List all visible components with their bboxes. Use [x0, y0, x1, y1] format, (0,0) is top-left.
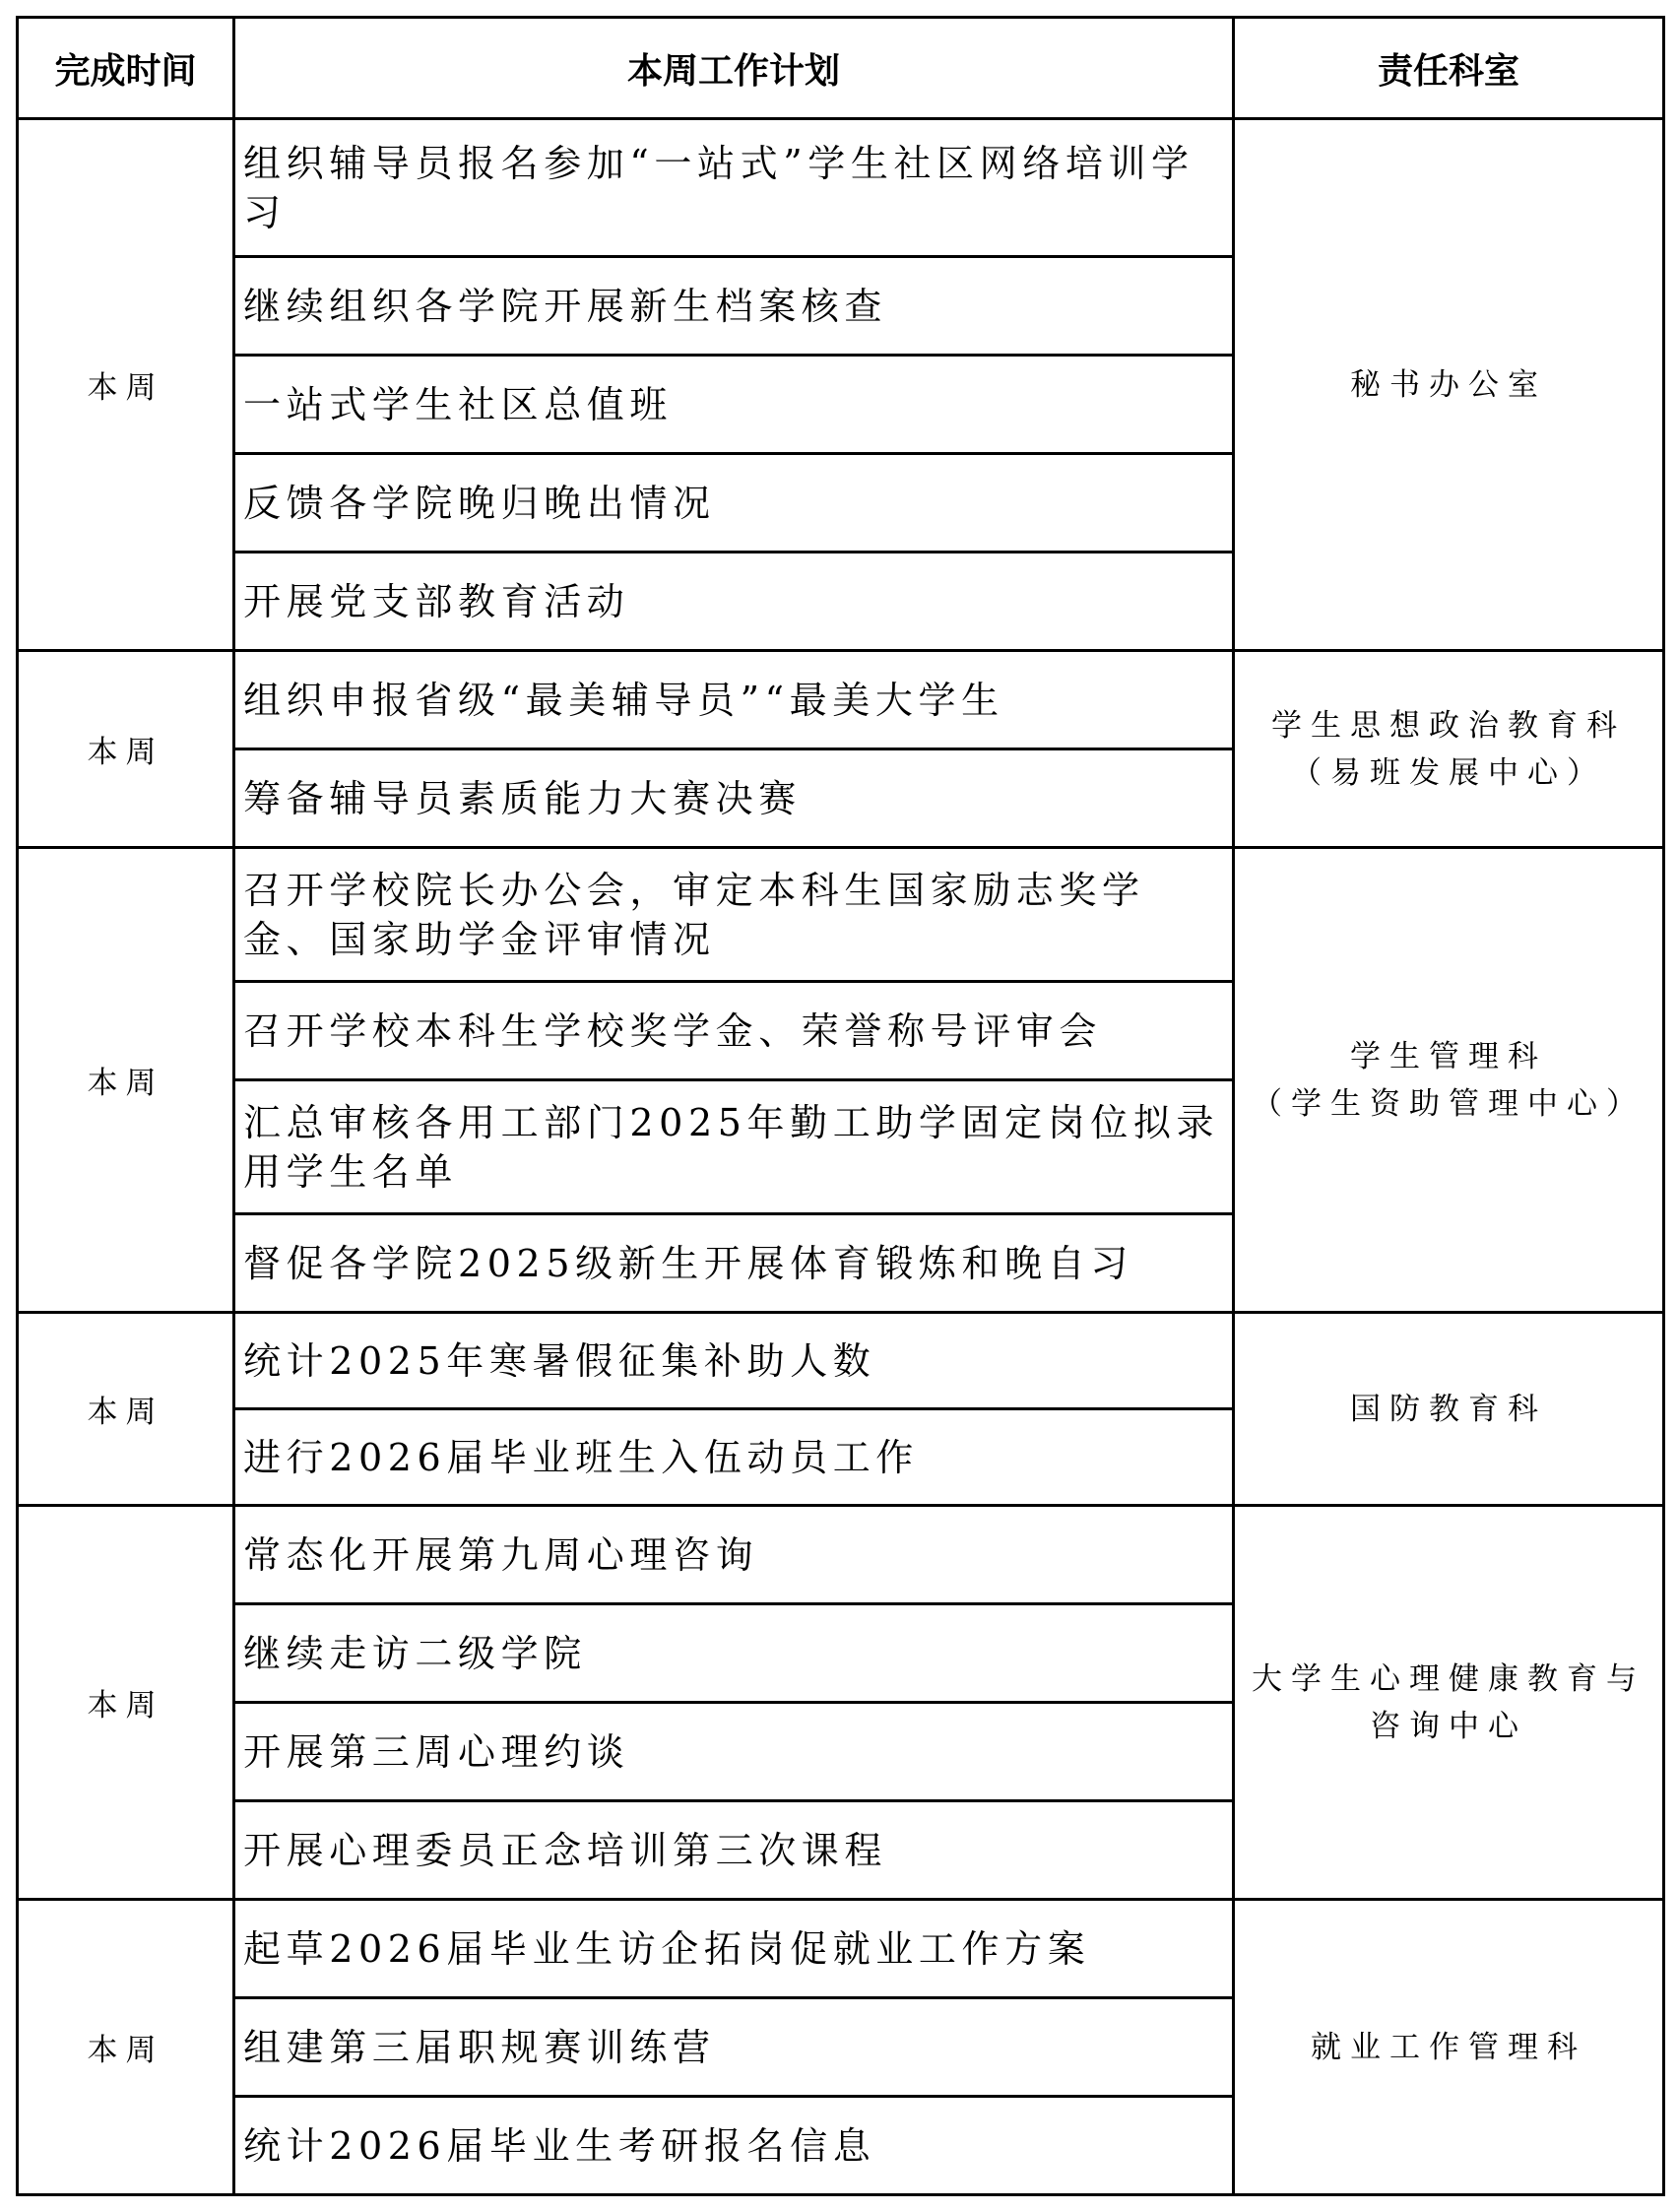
task-cell: 统计2025年寒暑假征集补助人数 [234, 1313, 1234, 1409]
responsible-dept-cell: 国防教育科 [1234, 1313, 1664, 1506]
dept-name: 大学生心理健康教育与咨询中心 [1249, 1656, 1648, 1750]
task-cell: 反馈各学院晚归晚出情况 [234, 454, 1234, 553]
responsible-dept-cell: 秘书办公室 [1234, 119, 1664, 651]
table-row: 本周 常态化开展第九周心理咨询 大学生心理健康教育与咨询中心 [18, 1506, 1664, 1604]
completion-time-cell: 本周 [18, 1900, 234, 2195]
task-cell: 继续走访二级学院 [234, 1604, 1234, 1703]
task-cell: 汇总审核各用工部门2025年勤工助学固定岗位拟录用学生名单 [234, 1080, 1234, 1214]
completion-time-cell: 本周 [18, 119, 234, 651]
table-row: 本周 统计2025年寒暑假征集补助人数 国防教育科 [18, 1313, 1664, 1409]
header-completion-time: 完成时间 [18, 18, 234, 119]
completion-time-cell: 本周 [18, 651, 234, 848]
responsible-dept-cell: 学生思想政治教育科 （易班发展中心） [1234, 651, 1664, 848]
completion-time-cell: 本周 [18, 1506, 234, 1900]
task-cell: 召开学校本科生学校奖学金、荣誉称号评审会 [234, 982, 1234, 1080]
completion-time-cell: 本周 [18, 1313, 234, 1506]
table-row: 本周 组织申报省级“最美辅导员”“最美大学生 学生思想政治教育科 （易班发展中心… [18, 651, 1664, 749]
task-cell: 组织辅导员报名参加“一站式”学生社区网络培训学习 [234, 119, 1234, 257]
task-cell: 常态化开展第九周心理咨询 [234, 1506, 1234, 1604]
responsible-dept-cell: 就业工作管理科 [1234, 1900, 1664, 2195]
task-cell: 筹备辅导员素质能力大赛决赛 [234, 749, 1234, 848]
dept-name: 秘书办公室 [1249, 361, 1648, 409]
task-cell: 继续组织各学院开展新生档案核查 [234, 257, 1234, 356]
task-cell: 组织申报省级“最美辅导员”“最美大学生 [234, 651, 1234, 749]
task-cell: 统计2026届毕业生考研报名信息 [234, 2097, 1234, 2195]
dept-name: 就业工作管理科 [1249, 2024, 1648, 2071]
header-row: 完成时间 本周工作计划 责任科室 [18, 18, 1664, 119]
completion-time-cell: 本周 [18, 848, 234, 1313]
task-cell: 开展心理委员正念培训第三次课程 [234, 1801, 1234, 1900]
task-cell: 组建第三届职规赛训练营 [234, 1998, 1234, 2097]
task-cell: 一站式学生社区总值班 [234, 356, 1234, 454]
task-cell: 开展党支部教育活动 [234, 553, 1234, 651]
task-cell: 开展第三周心理约谈 [234, 1703, 1234, 1801]
dept-subname: （学生资助管理中心） [1249, 1080, 1648, 1128]
header-responsible-dept: 责任科室 [1234, 18, 1664, 119]
dept-subname: （易班发展中心） [1249, 749, 1648, 797]
responsible-dept-cell: 学生管理科 （学生资助管理中心） [1234, 848, 1664, 1313]
table-row: 本周 召开学校院长办公会，审定本科生国家励志奖学金、国家助学金评审情况 学生管理… [18, 848, 1664, 982]
table-row: 本周 起草2026届毕业生访企拓岗促就业工作方案 就业工作管理科 [18, 1900, 1664, 1998]
dept-name: 国防教育科 [1249, 1386, 1648, 1433]
table-row: 本周 组织辅导员报名参加“一站式”学生社区网络培训学习 秘书办公室 [18, 119, 1664, 257]
dept-name: 学生管理科 [1249, 1033, 1648, 1080]
header-weekly-plan: 本周工作计划 [234, 18, 1234, 119]
task-cell: 起草2026届毕业生访企拓岗促就业工作方案 [234, 1900, 1234, 1998]
task-cell: 督促各学院2025级新生开展体育锻炼和晚自习 [234, 1214, 1234, 1313]
weekly-work-plan-table: 完成时间 本周工作计划 责任科室 本周 组织辅导员报名参加“一站式”学生社区网络… [16, 16, 1665, 2196]
responsible-dept-cell: 大学生心理健康教育与咨询中心 [1234, 1506, 1664, 1900]
task-cell: 召开学校院长办公会，审定本科生国家励志奖学金、国家助学金评审情况 [234, 848, 1234, 982]
task-cell: 进行2026届毕业班生入伍动员工作 [234, 1409, 1234, 1506]
dept-name: 学生思想政治教育科 [1249, 702, 1648, 749]
